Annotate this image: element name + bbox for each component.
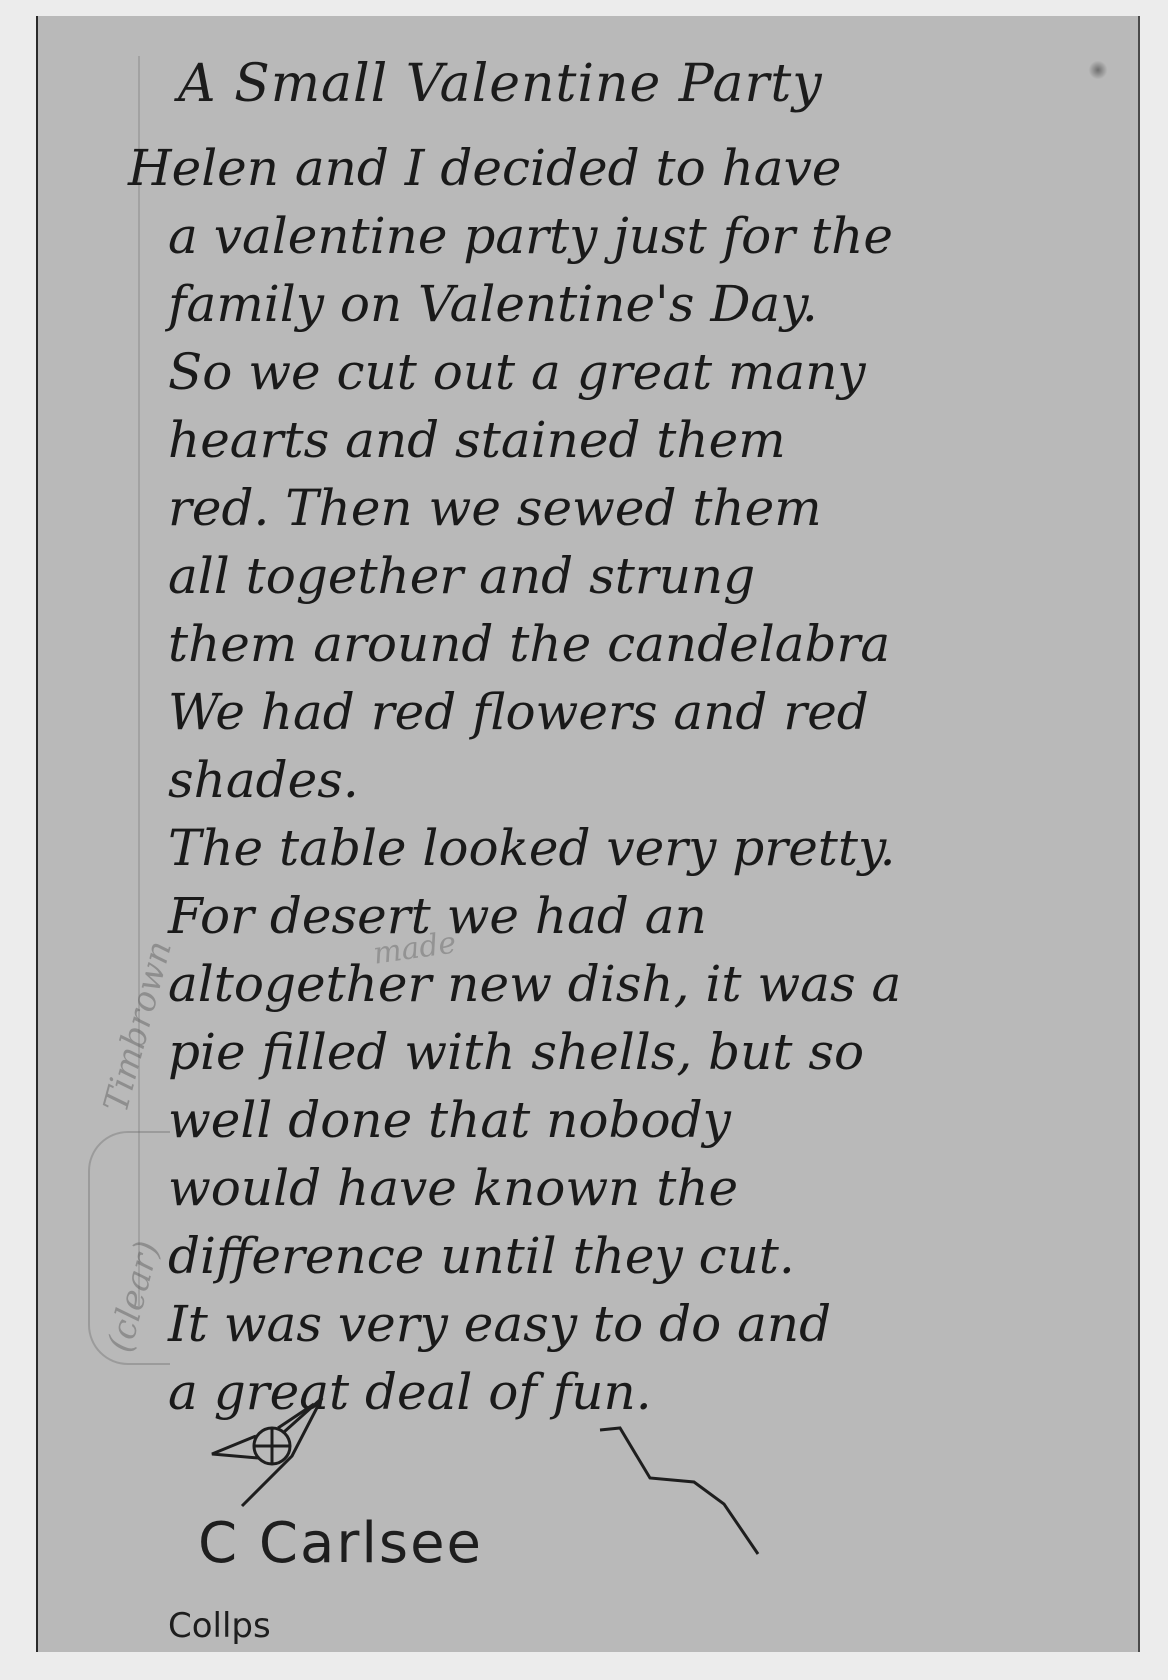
- text-line: well done that nobody: [128, 1086, 1158, 1154]
- text-line: them around the candelabra: [128, 610, 1158, 678]
- text-line: red. Then we sewed them: [128, 474, 1158, 542]
- text-line: family on Valentine's Day.: [128, 270, 1158, 338]
- text-line: altogether new dish, it was a: [128, 950, 1158, 1018]
- text-line: We had red flowers and red: [128, 678, 1158, 746]
- text-line: For desert we had an: [128, 882, 1158, 950]
- ink-smudge: [1088, 61, 1108, 79]
- text-line: So we cut out a great many: [128, 338, 1158, 406]
- essay-body: Helen and I decided to have a valentine …: [128, 134, 1158, 1426]
- flower-doodle-icon: [202, 1396, 342, 1516]
- text-line: The table looked very pretty.: [128, 814, 1158, 882]
- signature-subtext: Collps: [168, 1606, 271, 1646]
- line-doodle-icon: [598, 1416, 878, 1566]
- page-title: A Small Valentine Party: [178, 54, 823, 114]
- text-line: pie filled with shells, but so: [128, 1018, 1158, 1086]
- signature: C Carlsee: [198, 1511, 483, 1576]
- text-line: Helen and I decided to have: [128, 134, 1158, 202]
- text-line: hearts and stained them: [128, 406, 1158, 474]
- text-line: would have known the: [128, 1154, 1158, 1222]
- text-line: shades.: [128, 746, 1158, 814]
- text-line: all together and strung: [128, 542, 1158, 610]
- text-line: difference until they cut.: [128, 1222, 1158, 1290]
- text-line: a valentine party just for the: [128, 202, 1158, 270]
- text-line: It was very easy to do and: [128, 1290, 1158, 1358]
- handwritten-page: Timbrown (clear) A Small Valentine Party…: [36, 16, 1140, 1652]
